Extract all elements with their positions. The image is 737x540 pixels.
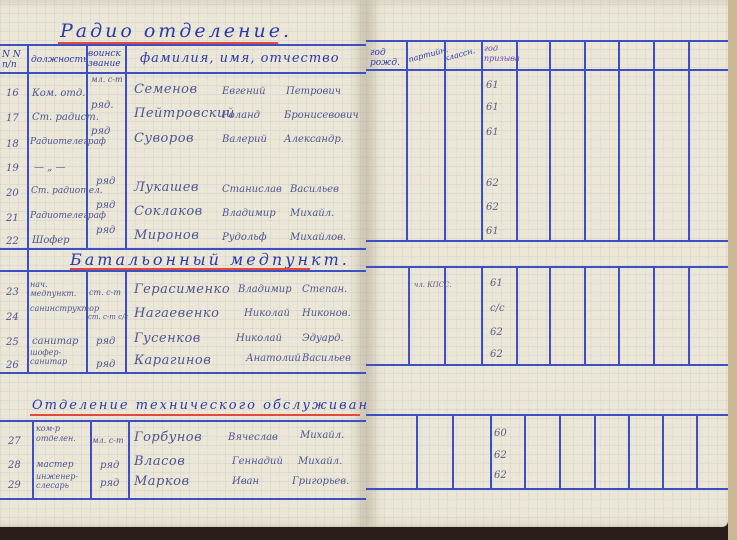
col-line [416,414,418,490]
section-top-line [0,270,366,272]
book-edge [728,0,737,540]
section-bottom-line [366,240,728,242]
col-line [32,420,34,500]
header-bottom-line [0,72,366,74]
header-conscription-year: год призыва [484,44,508,64]
conscription-year: 61 [486,102,499,113]
conscription-year: 62 [486,202,499,213]
col-line [653,266,655,366]
col-line [618,266,620,366]
col-line [516,40,518,242]
right-page: год рожд. партийн. классн. год призыва 6… [366,0,728,527]
col-line [618,40,620,242]
header-top-line [0,44,366,46]
conscription-year: 62 [494,450,507,461]
left-page: Радио отделение. N N п/п должность воинс… [0,0,367,527]
col-line [406,40,408,242]
header-name: фамилия, имя, отчество [140,54,340,64]
col-line [408,266,410,366]
section-bottom-line [366,364,728,366]
col-line [653,40,655,242]
conscription-year: 60 [494,428,507,439]
col-line [559,414,561,490]
col-line [688,266,690,366]
header-top-line [366,40,728,42]
col-line [452,414,454,490]
header-num: N N п/п [2,50,24,70]
col-line [688,40,690,242]
col-line [594,414,596,490]
header-bottom-line [366,69,728,71]
col-line [444,40,446,242]
col-line [481,40,483,242]
section-top-line [366,266,728,268]
header-rank: воинск звание [88,49,126,69]
col-line [490,414,492,490]
section-bottom-line [366,488,728,490]
col-line [628,414,630,490]
conscription-year: с/с [490,303,505,314]
conscription-year: 61 [486,226,499,237]
col-line [125,44,127,250]
col-line [128,420,130,500]
section-bottom-line [0,498,366,500]
header-birth-year: год рожд. [370,48,404,68]
conscription-year: 62 [490,349,503,360]
party-membership: чл. КПСС. [414,281,452,289]
col-line [481,266,483,366]
conscription-year: 62 [486,178,499,189]
section-bottom-line [0,372,366,374]
conscription-year: 62 [490,327,503,338]
conscription-year: 61 [490,278,503,289]
col-line [549,40,551,242]
col-line [696,414,698,490]
section-title-medpoint: Батальонный медпункт. [70,250,350,269]
col-line [516,266,518,366]
col-line [27,44,29,250]
col-line [662,414,664,490]
header-position: должность [31,55,88,65]
col-line [524,414,526,490]
col-line [584,40,586,242]
col-line [584,266,586,366]
header-class: классн. [443,46,476,64]
conscription-year: 61 [486,127,499,138]
col-line [90,420,92,500]
section-title-tech: Отделение технического обслуживания. [32,398,396,413]
conscription-year: 61 [486,80,499,91]
conscription-year: 62 [494,470,507,481]
section-top-line [0,420,366,422]
section-top-line [366,414,728,416]
title-underline [30,414,360,416]
col-line [549,266,551,366]
col-line [27,248,29,374]
section-title-radio: Радио отделение. [60,20,292,42]
